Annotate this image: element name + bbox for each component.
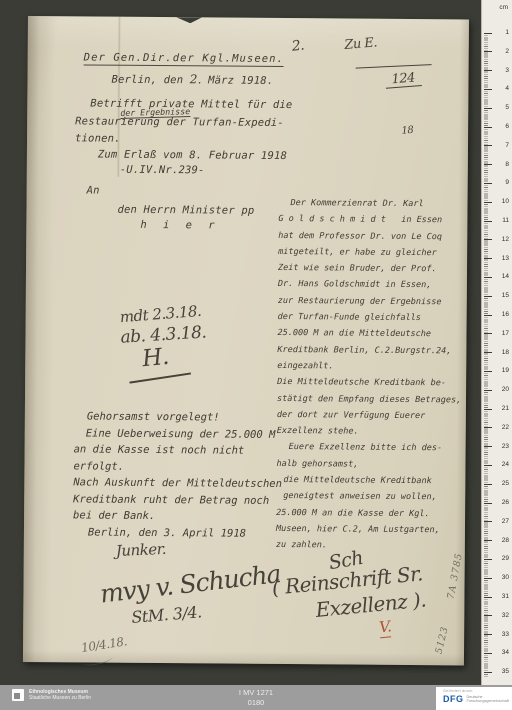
- typed-memo-column: Gehorsamst vorgelegt! Eine Ueberweisung …: [73, 408, 310, 542]
- ruler-cm-number: 29: [502, 555, 509, 563]
- typed-line: Die Mitteldeutsche Kreditbank be-: [277, 374, 483, 392]
- ruler-cm-tick: [484, 33, 492, 34]
- ruler-cm-number: 15: [502, 292, 509, 300]
- margin-archive-number: 5123: [434, 583, 461, 656]
- handwritten-date-digit: 2.: [190, 72, 202, 86]
- ruler-cm-tick: [484, 51, 492, 52]
- ruler-cm-tick: [484, 672, 492, 673]
- ruler-cm-tick: [484, 127, 492, 128]
- handwritten-file-reference: Zu E. 124 18: [344, 32, 429, 178]
- ruler-cm-number: 13: [502, 255, 509, 263]
- ruler-cm-tick: [484, 597, 492, 598]
- cm-ruler: cm 1234567891011121314151617181920212223…: [481, 0, 512, 686]
- ruler-cm-number: 23: [502, 443, 509, 451]
- ruler-cm-tick: [484, 108, 492, 109]
- typed-reference-line: Zum Erlaß vom 8. Februar 1918: [98, 149, 287, 162]
- ruler-cm-number: 6: [505, 123, 509, 131]
- typed-line: 25.000 M an die Mitteldeutsche: [277, 325, 483, 343]
- typed-address-line: h i e r: [140, 219, 219, 232]
- ruler-cm-number: 22: [502, 424, 509, 432]
- typed-line: Kreditbank Berlin, C.2.Burgstr.24,: [277, 342, 483, 360]
- handwritten-monogram: H.: [141, 344, 170, 372]
- ruler-cm-tick: [484, 258, 492, 259]
- file-ref-denominator: 18: [389, 124, 426, 138]
- signature-junker: Junker.: [115, 540, 166, 560]
- ruler-cm-number: 12: [502, 236, 509, 244]
- ruler-cm-tick: [484, 352, 492, 353]
- scan-viewer: 2. Zu E. 124 18 Der Gen.Dir.der Kgl.Muse…: [0, 0, 512, 710]
- ruler-cm-number: 32: [502, 612, 509, 620]
- viewer-footer: Ethnologisches Museum Staatliche Museen …: [0, 685, 512, 710]
- ruler-cm-tick: [484, 559, 492, 560]
- ruler-cm-tick: [484, 540, 492, 541]
- funder-caption: Gefördert durch: [443, 689, 512, 693]
- ruler-cm-number: 27: [502, 518, 509, 526]
- typed-line: erfolgt.: [73, 458, 309, 476]
- ruler-cm-tick: [484, 183, 492, 184]
- ruler-cm-number: 1: [505, 29, 509, 37]
- ruler-cm-number: 34: [502, 649, 509, 657]
- ruler-cm-number: 8: [505, 161, 509, 169]
- ruler-cm-tick: [484, 89, 492, 90]
- ruler-cm-number: 16: [502, 311, 509, 319]
- ruler-unit-label: cm: [499, 4, 508, 11]
- ruler-cm-tick: [484, 409, 492, 410]
- typed-line: Kreditbank ruht der Betrag noch: [73, 491, 309, 509]
- typed-line: hat dem Professor Dr. von Le Coq: [278, 228, 484, 246]
- ruler-cm-number: 18: [502, 349, 509, 357]
- ruler-cm-number: 35: [502, 668, 509, 676]
- dfg-logo: DFG: [443, 694, 464, 704]
- ruler-cm-number: 26: [502, 499, 509, 507]
- ruler-cm-tick: [484, 503, 492, 504]
- ruler-cm-tick: [484, 239, 492, 240]
- typed-line: eingezahlt.: [277, 358, 483, 376]
- ruler-cm-number: 24: [502, 461, 509, 469]
- ruler-cm-tick: [484, 446, 492, 447]
- ruler-cm-number: 17: [502, 330, 509, 338]
- typed-line: der Turfan-Funde gleichfalls: [278, 309, 484, 327]
- typed-date-line: Berlin, den 2. März 1918.: [111, 72, 273, 87]
- typed-line: an die Kasse ist noch nicht: [74, 441, 310, 459]
- typed-line: mitgeteilt, er habe zu gleicher: [278, 244, 484, 262]
- ruler-cm-tick: [484, 390, 492, 391]
- typed-subject-line: tionen.: [75, 132, 121, 144]
- typed-subject-line: Restaurierung der Turfan-Expedi-: [75, 115, 284, 129]
- ruler-cm-number: 21: [502, 405, 509, 413]
- ruler-cm-tick: [484, 427, 492, 428]
- typed-line: Nach Auskunft der Mitteldeutschen: [73, 474, 309, 492]
- ruler-cm-number: 20: [502, 386, 509, 394]
- typed-line: Gehorsamst vorgelegt!: [74, 408, 310, 426]
- page-edge-notch: [176, 17, 202, 23]
- typed-address-line: An: [87, 184, 100, 196]
- ruler-cm-tick: [484, 465, 492, 466]
- dfg-funding-box: Gefördert durch DFG Deutsche Forschungsg…: [436, 687, 512, 710]
- ruler-cm-number: 9: [505, 179, 509, 187]
- typed-address-line: den Herrn Minister pp: [117, 204, 254, 217]
- ruler-cm-tick: [484, 333, 492, 334]
- ruler-cm-tick: [484, 653, 492, 654]
- ruler-cm-tick: [484, 221, 492, 222]
- ruler-cm-tick: [484, 484, 492, 485]
- red-underline: [380, 636, 391, 638]
- signature-scrawl: mvy v. Schucha: [98, 559, 281, 608]
- ruler-cm-number: 19: [502, 367, 509, 375]
- ruler-cm-tick: [484, 371, 492, 372]
- handwritten-page-number: 2.: [291, 38, 305, 55]
- ruler-cm-tick: [484, 315, 492, 316]
- file-ref-prefix: Zu E.: [344, 35, 388, 178]
- typed-line: bei der Bank.: [73, 507, 309, 525]
- ruler-cm-number: 25: [502, 480, 509, 488]
- typed-line: Dr. Hans Goldschmidt in Essen,: [278, 276, 484, 294]
- ruler-cm-number: 11: [502, 217, 509, 225]
- ruler-cm-number: 10: [502, 198, 509, 206]
- ruler-cm-tick: [484, 578, 492, 579]
- typed-sender-line: Der Gen.Dir.der Kgl.Museen.: [84, 51, 284, 67]
- ruler-cm-tick: [484, 145, 492, 146]
- file-ref-numerator: 124: [384, 70, 422, 89]
- typed-line: stätigt den Empfang dieses Betrages,: [277, 391, 483, 409]
- ruler-cm-number: 3: [505, 67, 509, 75]
- ruler-cm-number: 5: [505, 104, 509, 112]
- pencil-date-note: 10/4.18.: [80, 634, 127, 655]
- ruler-cm-number: 4: [505, 85, 509, 93]
- handwritten-flourish: [129, 372, 191, 383]
- ruler-cm-tick: [484, 296, 492, 297]
- ruler-cm-number: 31: [502, 593, 509, 601]
- ruler-cm-tick: [484, 202, 492, 203]
- ruler-cm-tick: [484, 634, 492, 635]
- document-page: 2. Zu E. 124 18 Der Gen.Dir.der Kgl.Muse…: [23, 16, 469, 665]
- typed-reference-line: -U.IV.Nr.239-: [120, 164, 205, 177]
- ruler-cm-tick: [484, 70, 492, 71]
- ruler-cm-number: 28: [502, 537, 509, 545]
- ruler-cm-number: 2: [505, 48, 509, 56]
- typed-line: Der Kommerzienrat Dr. Karl: [278, 195, 484, 213]
- signature-stm: StM. 3/4.: [131, 602, 203, 627]
- ruler-cm-number: 14: [502, 273, 509, 281]
- ruler-cm-tick: [484, 615, 492, 616]
- ruler-cm-tick: [484, 521, 492, 522]
- ruler-cm-number: 7: [505, 142, 509, 150]
- ruler-cm-number: 30: [502, 574, 509, 582]
- red-check-mark: V.: [378, 617, 392, 636]
- typed-line: Eine Ueberweisung der 25.000 M: [74, 425, 310, 443]
- typed-line: Berlin, den 3. April 1918: [73, 524, 309, 542]
- typed-line: zur Restaurierung der Ergebnisse: [278, 293, 484, 311]
- typed-line: Zeit wie sein Bruder, der Prof.: [278, 260, 484, 278]
- ruler-cm-tick: [484, 277, 492, 278]
- typed-line: G o l d s c h m i d t in Essen: [278, 211, 484, 229]
- ruler-cm-number: 33: [502, 631, 509, 639]
- funder-name: Deutsche Forschungsgemeinschaft: [467, 695, 509, 703]
- ruler-cm-tick: [484, 164, 492, 165]
